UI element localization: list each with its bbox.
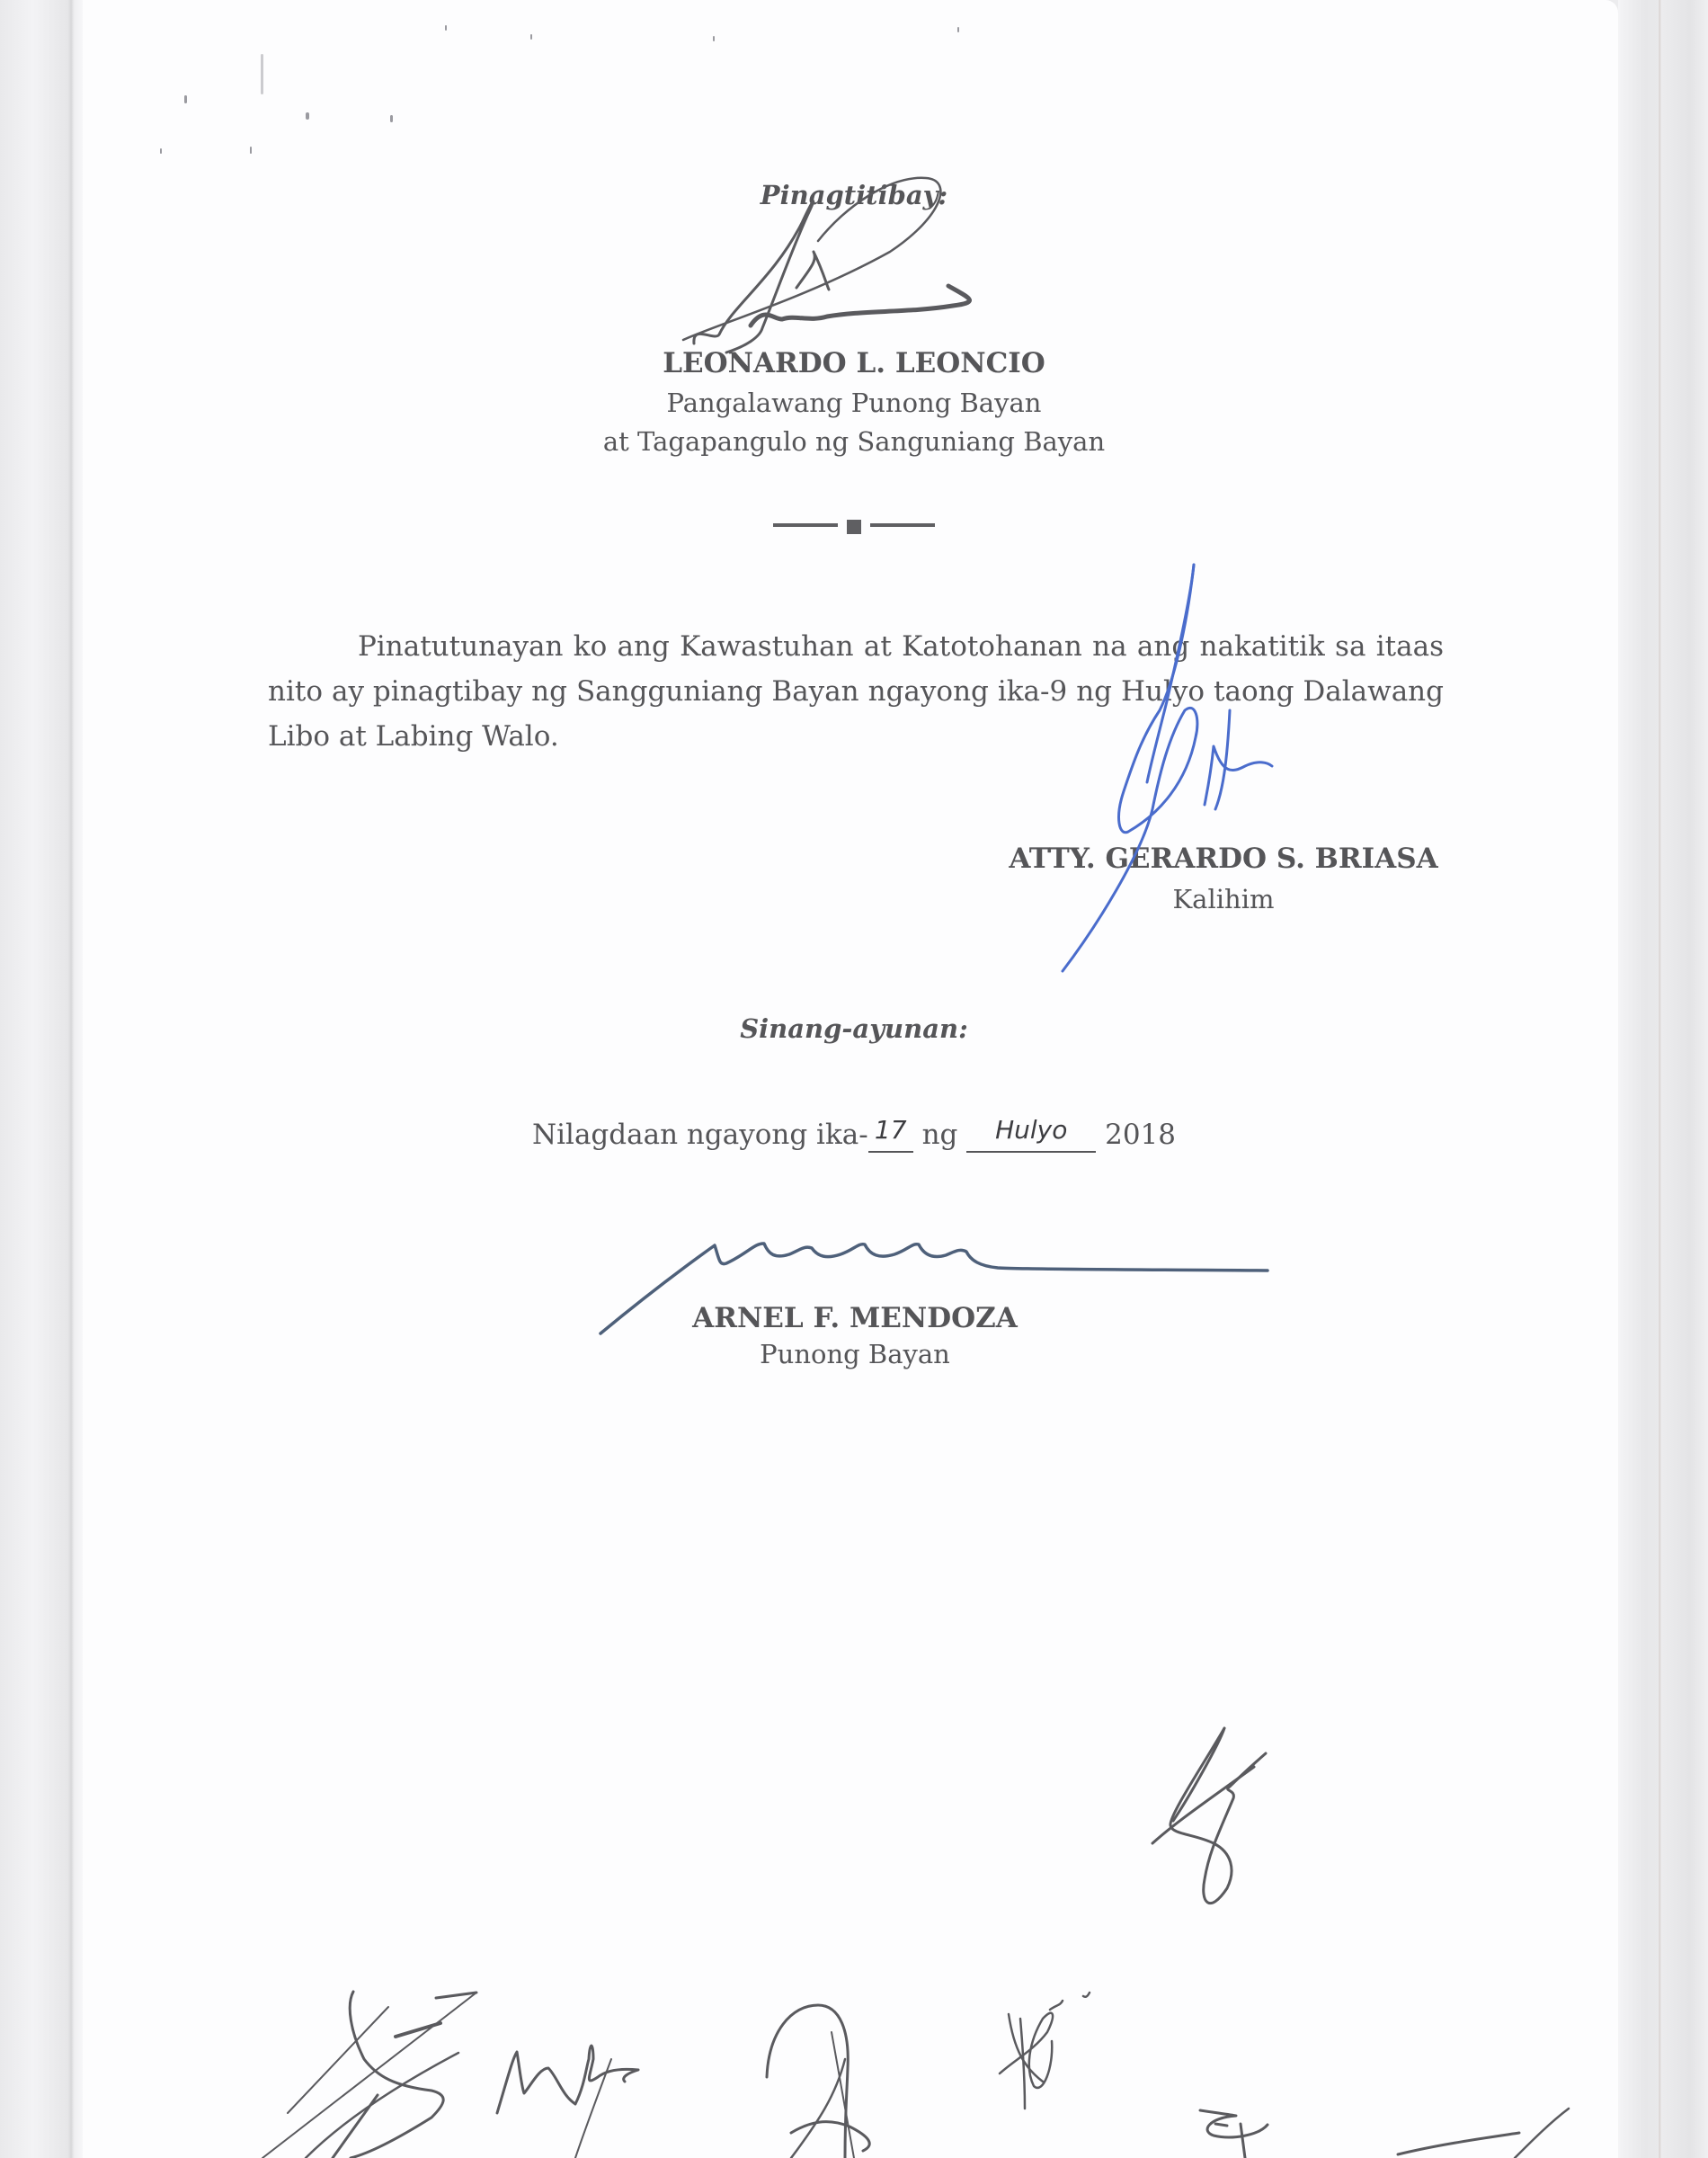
scan-speck: [445, 25, 447, 31]
approval-signatory-title-2: at Tagapangulo ng Sanguniang Bayan: [603, 426, 1105, 457]
date-day-field: 17: [868, 1119, 913, 1153]
certification-signatory-title: Kalihim: [1173, 884, 1275, 914]
approval-signatory-title: Pangalawang Punong Bayan: [667, 388, 1042, 418]
section-divider: [773, 518, 935, 536]
scan-speck: [713, 36, 715, 41]
scan-left-margin: [0, 0, 83, 2158]
certification-text: Pinatutunayan ko ang Kawastuhan at Katot…: [268, 630, 1444, 753]
date-day-handwritten: 17: [875, 1115, 907, 1145]
scan-speck: [957, 27, 959, 32]
scan-right-margin: [1618, 0, 1708, 2158]
date-month-field: Hulyo: [966, 1119, 1096, 1153]
date-middle: ng: [922, 1119, 958, 1151]
approval-signatory-name: LEONARDO L. LEONCIO: [663, 347, 1045, 379]
scan-speck: [306, 112, 309, 120]
date-prefix: Nilagdaan ngayong ika-: [532, 1119, 868, 1151]
scan-speck: [261, 54, 263, 94]
concurrence-signatory-name: ARNEL F. MENDOZA: [692, 1302, 1018, 1334]
concurrence-signatory-title: Punong Bayan: [760, 1339, 950, 1369]
document-page: [83, 0, 1618, 2158]
scan-speck: [184, 95, 187, 103]
approval-heading: Pinagtitibay:: [761, 180, 947, 210]
certification-paragraph: Pinatutunayan ko ang Kawastuhan at Katot…: [268, 624, 1444, 759]
certification-signatory-name: ATTY. GERARDO S. BRIASA: [1009, 843, 1437, 875]
signing-date-line: Nilagdaan ngayong ika-17 ng Hulyo 2018: [532, 1119, 1176, 1153]
scan-speck: [160, 148, 162, 154]
scan-speck: [250, 147, 252, 154]
concurrence-heading: Sinang-ayunan:: [740, 1013, 968, 1044]
date-month-handwritten: Hulyo: [995, 1115, 1067, 1145]
scan-speck: [530, 34, 532, 40]
date-year: 2018: [1105, 1119, 1176, 1151]
scan-speck: [390, 115, 393, 122]
